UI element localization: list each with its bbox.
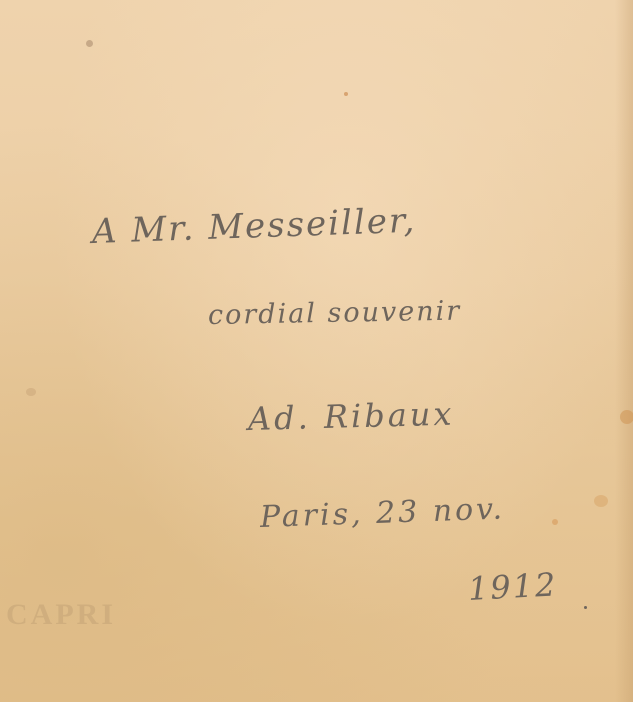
place-date: Paris, 23 nov. [259,491,505,535]
foxing-spot [620,410,633,424]
foxing-spot [552,519,558,525]
foxing-spot [344,92,348,96]
foxing-spot [594,495,608,507]
show-through-text: CAPRI [6,598,116,632]
foxing-spot [86,40,93,47]
dedication-recipient: A Mr. Messeiller, [91,201,417,252]
page-edge-shadow [615,0,633,702]
dedication-message: cordial souvenir [208,296,462,331]
foxing-spot [26,388,36,396]
paper-page: CAPRI A Mr. Messeiller, cordial souvenir… [0,0,633,702]
ink-dot [584,606,587,609]
year: 1912 [467,565,558,608]
signature: Ad. Ribaux [248,395,455,438]
